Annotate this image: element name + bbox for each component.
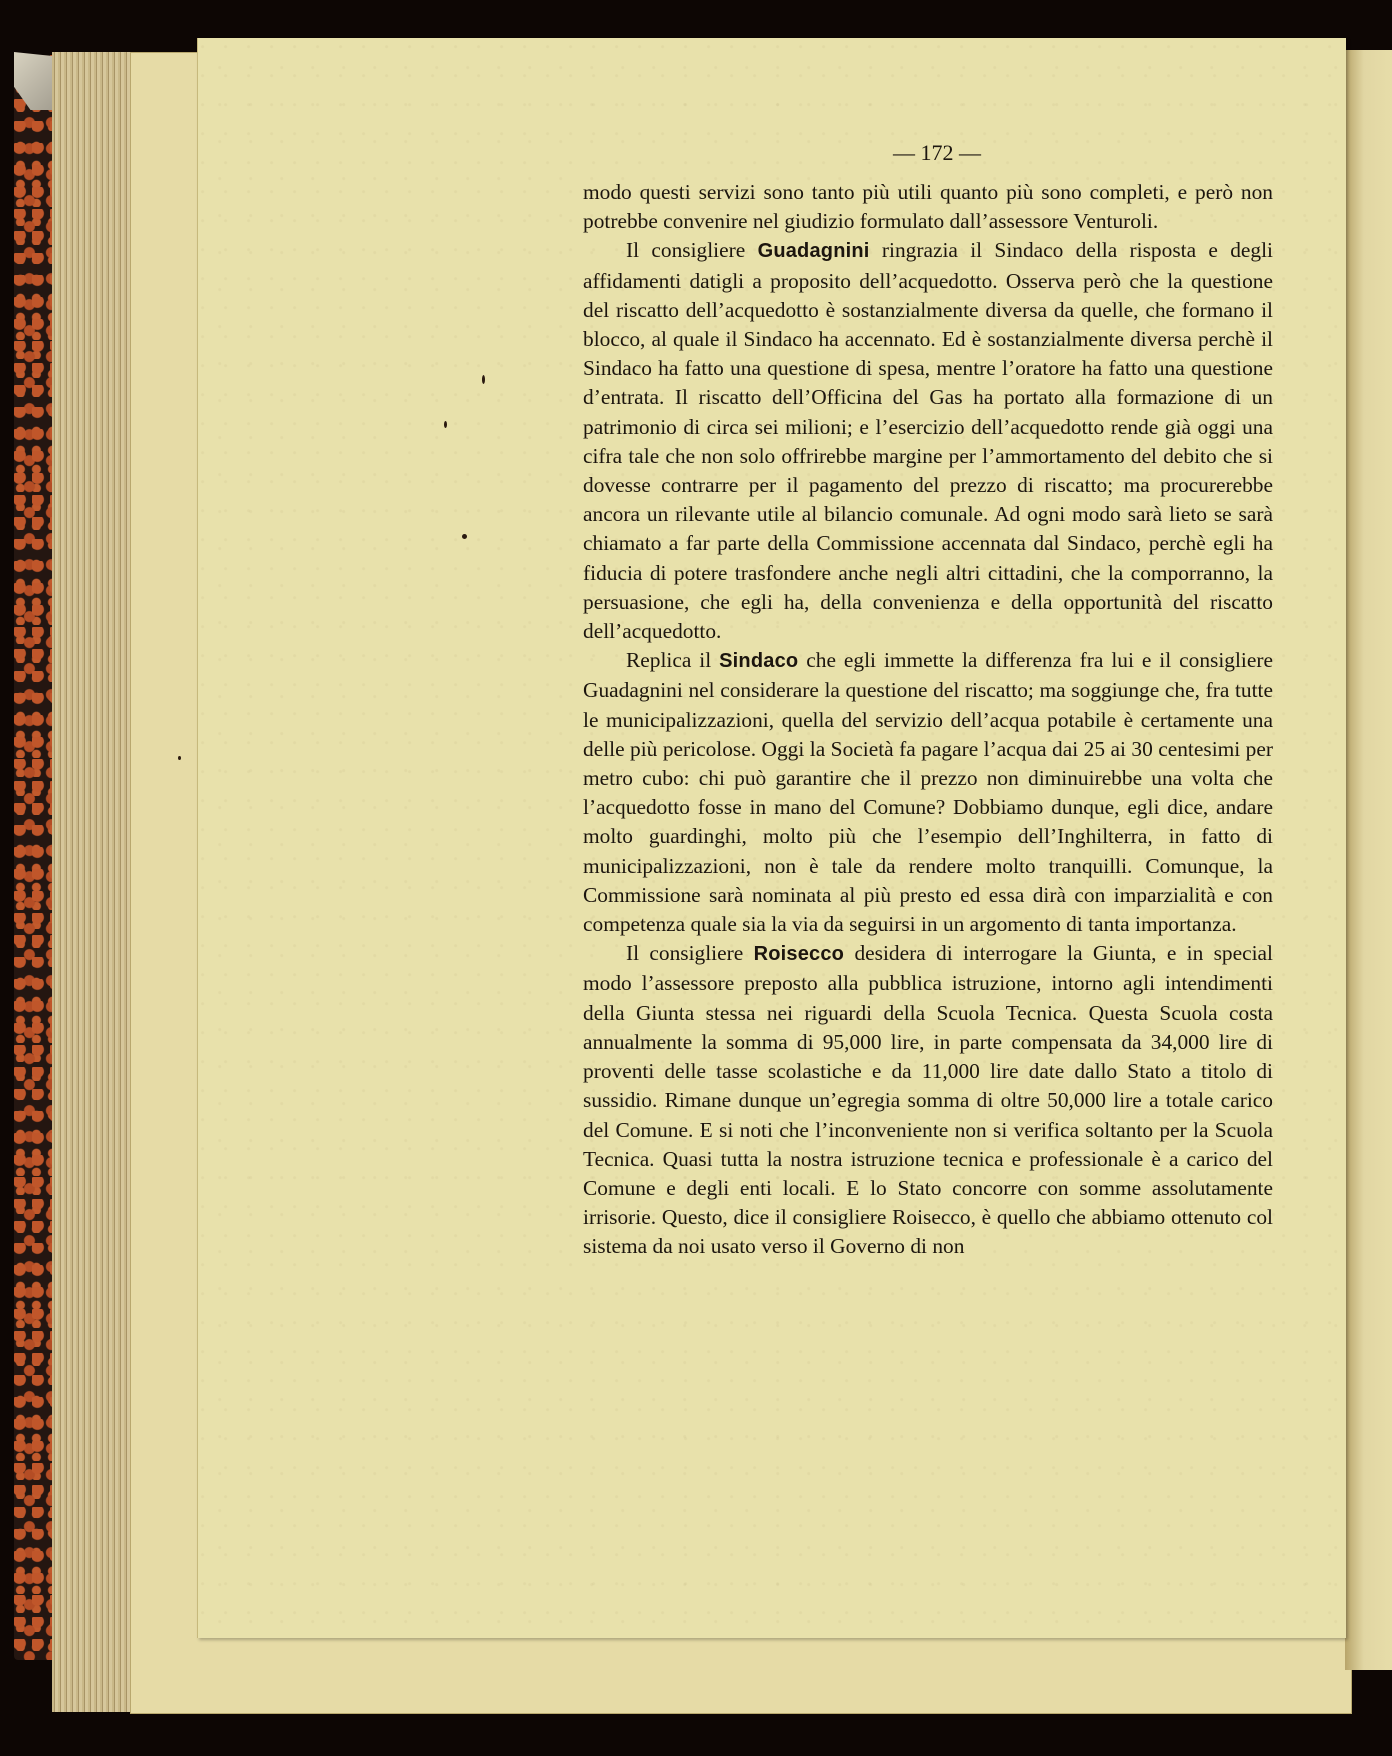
paragraph-text: Il consigliere — [626, 238, 758, 262]
ink-speck — [462, 534, 467, 539]
paragraph-text: modo questi servizi sono tanto più utili… — [583, 180, 1273, 233]
paragraph-text: Il consigliere — [626, 941, 754, 965]
paragraph-text: Replica il — [626, 648, 719, 672]
paragraph: Replica il Sindaco che egli immette la d… — [583, 646, 1273, 939]
speaker-name: Sindaco — [719, 650, 798, 672]
ink-speck — [482, 375, 485, 384]
ink-speck — [444, 421, 447, 428]
paragraph-text: desidera di interrogare la Giunta, e in … — [583, 941, 1273, 1258]
book-page: — 172 — modo questi servizi sono tanto p… — [197, 38, 1346, 1638]
book-spine — [14, 55, 54, 1660]
body-text: modo questi servizi sono tanto più utili… — [583, 178, 1273, 1262]
paragraph-text: ringrazia il Sindaco della risposta e de… — [583, 238, 1273, 643]
paragraph: Il consigliere Roisecco desidera di inte… — [583, 939, 1273, 1261]
paragraph: Il consigliere Guadagnini ringrazia il S… — [583, 236, 1273, 646]
ink-speck — [178, 756, 181, 760]
page-number: — 172 — — [198, 140, 1346, 166]
paragraph: modo questi servizi sono tanto più utili… — [583, 178, 1273, 236]
paragraph-text: che egli immette la differenza fra lui e… — [583, 648, 1273, 936]
speaker-name: Roisecco — [754, 943, 845, 965]
speaker-name: Guadagnini — [758, 240, 870, 262]
facing-page-edge — [1345, 50, 1392, 1670]
